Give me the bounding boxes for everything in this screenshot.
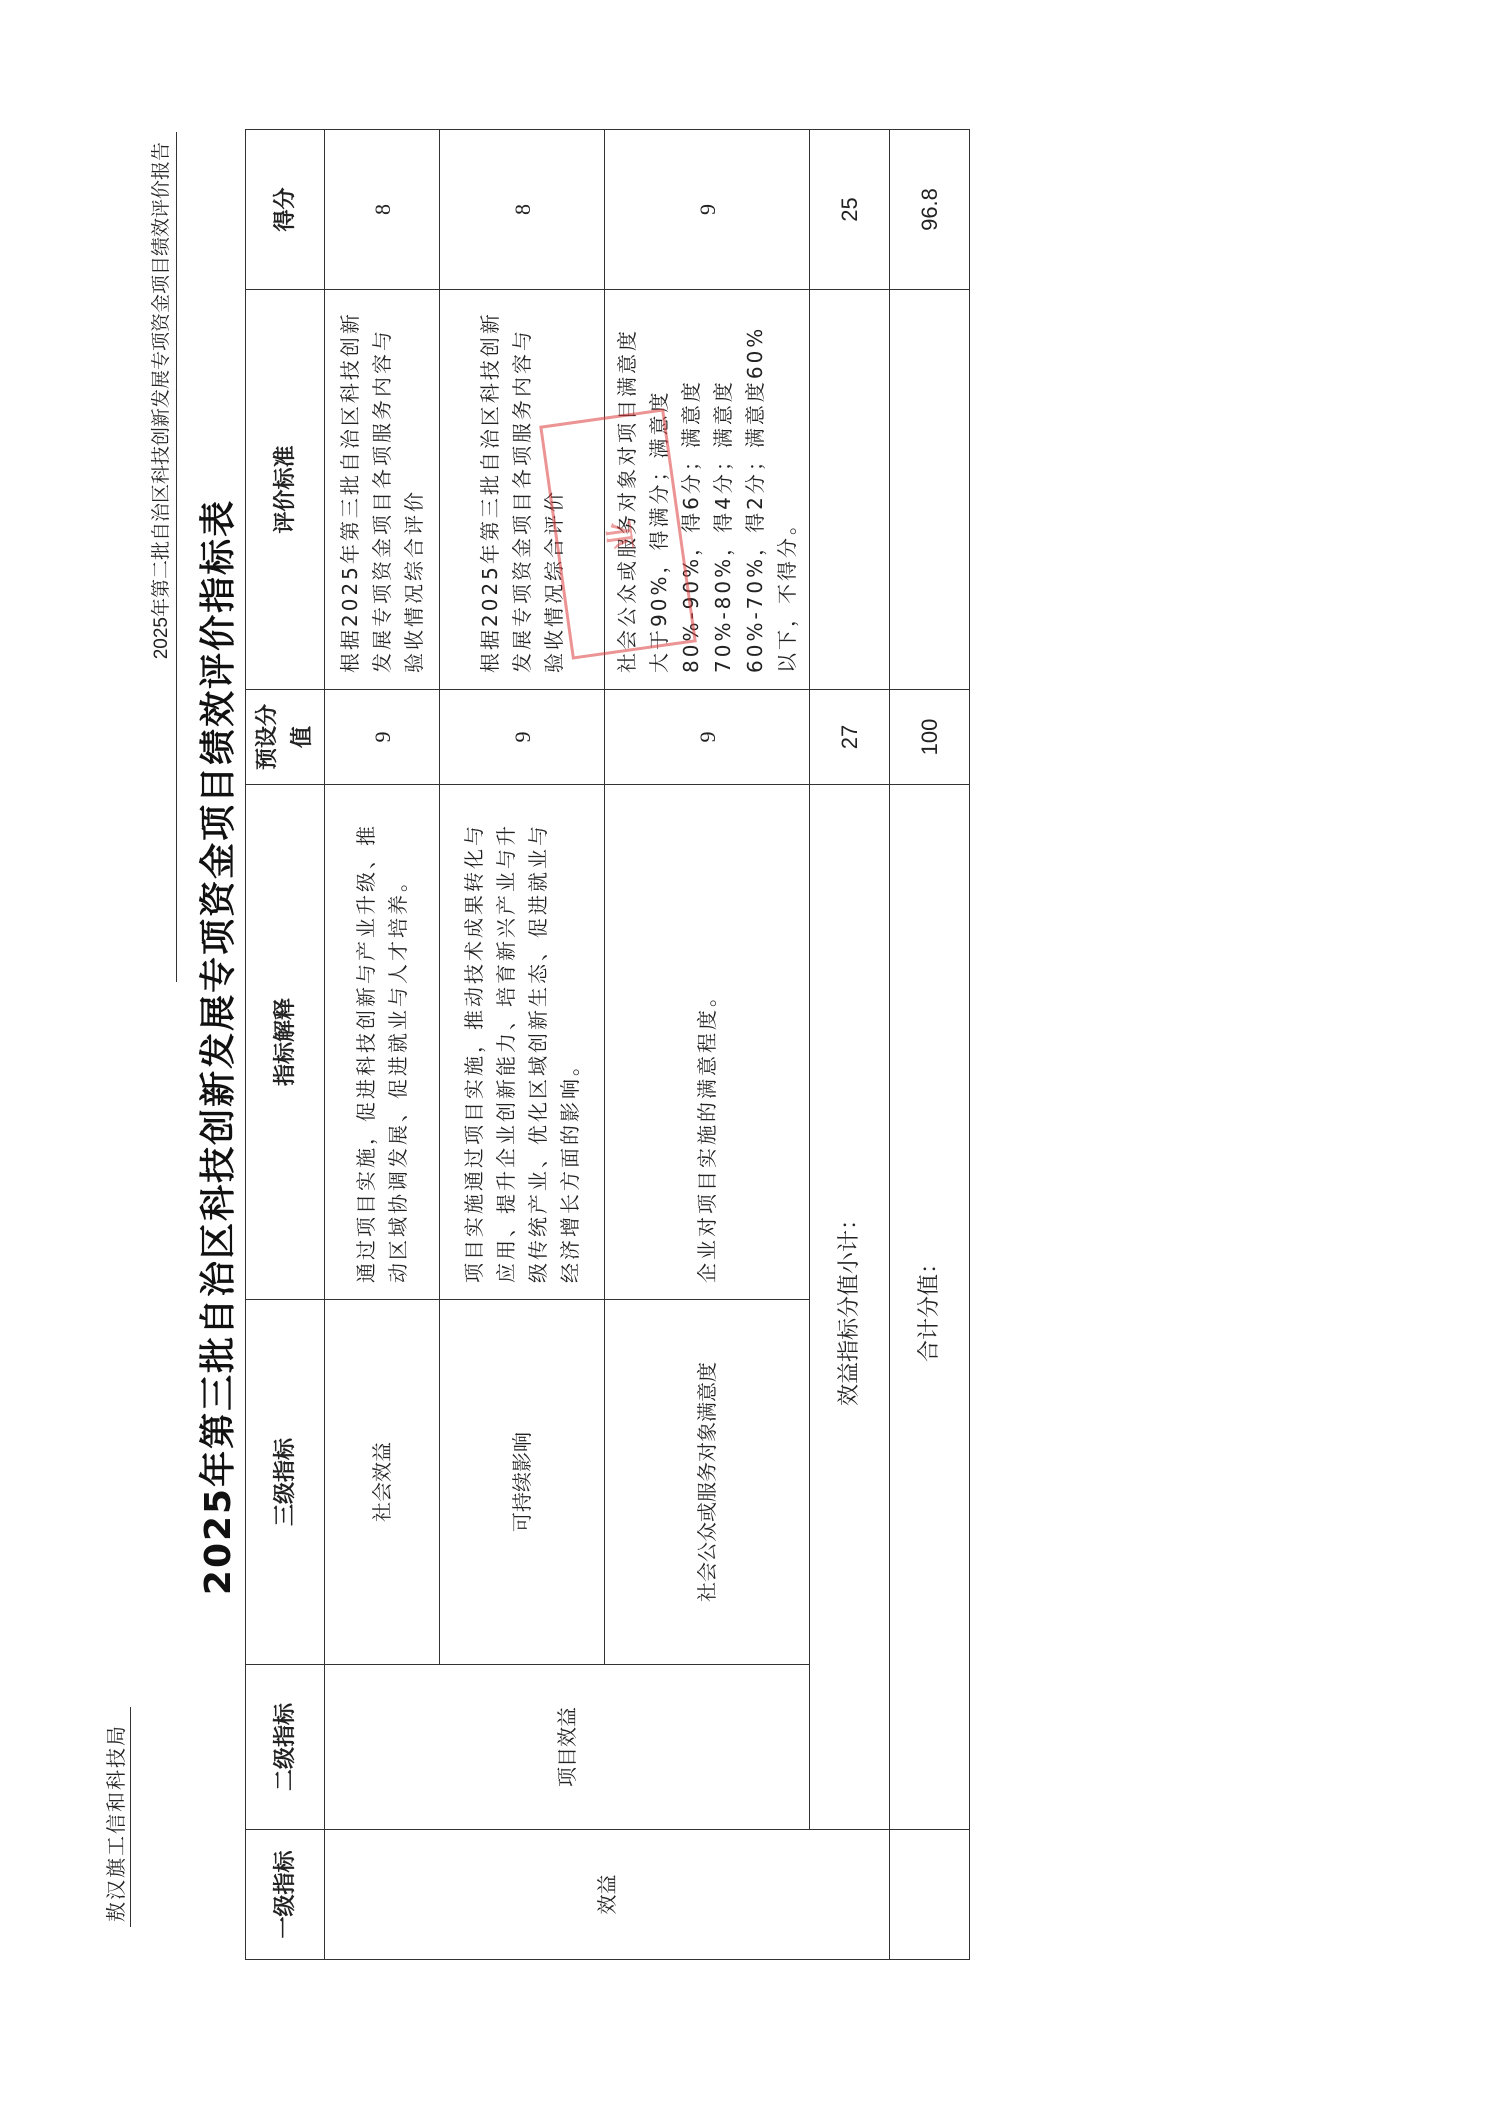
subtotal-row: 效益指标分值小计： 27 25 [810, 130, 890, 1960]
total-blank-cell [890, 1830, 970, 1960]
score-cell: 8 [325, 130, 440, 290]
page-title: 2025年第三批自治区科技创新发展专项资金项目绩效评价指标表 [190, 132, 241, 1962]
header-criteria: 评价标准 [246, 290, 325, 690]
document-page: 敖汉旗工信和科技局 2025年第二批自治区科技创新发展专项资金项目绩效评价报告 … [0, 0, 1487, 2102]
header-level1: 一级指标 [246, 1830, 325, 1960]
level3-cell: 社会公众或服务对象满意度 [605, 1300, 810, 1665]
header-level3: 三级指标 [246, 1300, 325, 1665]
table-row: 效益 项目效益 社会效益 通过项目实施，促进科技创新与产业升级、推动区域协调发展… [325, 130, 440, 1960]
preset-score-cell: 9 [440, 690, 605, 785]
subtotal-criteria-blank [810, 290, 890, 690]
organization-rule [130, 1707, 131, 1927]
criteria-cell: 社会公众或服务对象对项目满意度大于90%，得满分；满意度80%-90%，得6分；… [605, 290, 810, 690]
header-level2: 二级指标 [246, 1665, 325, 1830]
total-score: 96.8 [890, 130, 970, 290]
explanation-cell: 通过项目实施，促进科技创新与产业升级、推动区域协调发展、促进就业与人才培养。 [325, 785, 440, 1300]
subtotal-score: 25 [810, 130, 890, 290]
criteria-cell: 根据2025年第三批自治区科技创新发展专项资金项目各项服务内容与验收情况综合评价 [325, 290, 440, 690]
total-label: 合计分值： [890, 785, 970, 1830]
level1-cell: 效益 [325, 1830, 890, 1960]
total-preset-score: 100 [890, 690, 970, 785]
level3-cell: 社会效益 [325, 1300, 440, 1665]
performance-index-table: 一级指标 二级指标 三级指标 指标解释 预设分值 评价标准 得分 效益 项目效益… [245, 129, 970, 1960]
table-header-row: 一级指标 二级指标 三级指标 指标解释 预设分值 评价标准 得分 [246, 130, 325, 1960]
header-explanation: 指标解释 [246, 785, 325, 1300]
total-criteria-blank [890, 290, 970, 690]
level2-cell: 项目效益 [325, 1665, 810, 1830]
explanation-cell: 项目实施通过项目实施，推动技术成果转化与应用、提升企业创新能力、培育新兴产业与升… [440, 785, 605, 1300]
header-score: 得分 [246, 130, 325, 290]
preset-score-cell: 9 [325, 690, 440, 785]
level3-cell: 可持续影响 [440, 1300, 605, 1665]
total-row: 合计分值： 100 96.8 [890, 130, 970, 1960]
running-header-rule [176, 132, 177, 982]
organization-label: 敖汉旗工信和科技局 [100, 1724, 129, 1922]
preset-score-cell: 9 [605, 690, 810, 785]
header-preset-score: 预设分值 [246, 690, 325, 785]
subtotal-label: 效益指标分值小计： [810, 785, 890, 1830]
explanation-cell: 企业对项目实施的满意程度。 [605, 785, 810, 1300]
criteria-cell: 根据2025年第三批自治区科技创新发展专项资金项目各项服务内容与验收情况综合评价 [440, 290, 605, 690]
running-header: 2025年第二批自治区科技创新发展专项资金项目绩效评价报告 [146, 142, 173, 972]
score-cell: 9 [605, 130, 810, 290]
subtotal-preset-score: 27 [810, 690, 890, 785]
score-cell: 8 [440, 130, 605, 290]
